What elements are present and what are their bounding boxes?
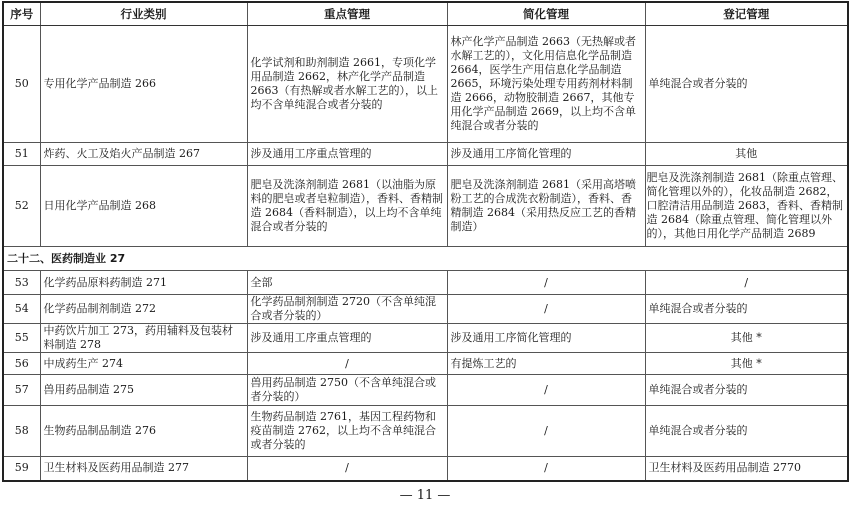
table-row: 59 卫生材料及医药用品制造 277 / / 卫生材料及医药用品制造 2770 bbox=[3, 457, 848, 481]
table-row: 53 化学药品原料药制造 271 全部 / / bbox=[3, 271, 848, 295]
row-category: 化学药品原料药制造 271 bbox=[40, 271, 247, 295]
row-simplified: 有提炼工艺的 bbox=[447, 353, 645, 375]
row-simplified: / bbox=[447, 457, 645, 481]
table-row: 58 生物药品制品制造 276 生物药品制造 2761，基因工程药物和疫苗制造 … bbox=[3, 406, 848, 457]
row-no: 52 bbox=[3, 166, 40, 247]
row-key: 兽用药品制造 2750（不含单纯混合或者分装的） bbox=[247, 375, 447, 406]
row-simplified: / bbox=[447, 406, 645, 457]
row-no: 53 bbox=[3, 271, 40, 295]
section-row: 二十二、医药制造业 27 bbox=[3, 247, 848, 271]
row-registration: 单纯混合或者分装的 bbox=[645, 375, 848, 406]
page-number: — 11 — bbox=[0, 488, 850, 503]
row-registration: 单纯混合或者分装的 bbox=[645, 295, 848, 324]
row-category: 中药饮片加工 273，药用辅料及包装材料制造 278 bbox=[40, 324, 247, 353]
row-simplified: / bbox=[447, 375, 645, 406]
row-key: 肥皂及洗涤剂制造 2681（以油脂为原料的肥皂或者皂粒制造），香料、香精制造 2… bbox=[247, 166, 447, 247]
row-registration: / bbox=[645, 271, 848, 295]
row-simplified: 涉及通用工序简化管理的 bbox=[447, 324, 645, 353]
row-category: 中成药生产 274 bbox=[40, 353, 247, 375]
header-category: 行业类别 bbox=[40, 2, 247, 26]
row-key: 涉及通用工序重点管理的 bbox=[247, 324, 447, 353]
header-registration-management: 登记管理 bbox=[645, 2, 848, 26]
section-title: 二十二、医药制造业 27 bbox=[3, 247, 848, 271]
row-key: 全部 bbox=[247, 271, 447, 295]
row-registration: 其他 * bbox=[645, 353, 848, 375]
row-no: 59 bbox=[3, 457, 40, 481]
row-category: 专用化学产品制造 266 bbox=[40, 26, 247, 143]
table-header-row: 序号 行业类别 重点管理 简化管理 登记管理 bbox=[3, 2, 848, 26]
row-no: 51 bbox=[3, 143, 40, 166]
header-simplified-management: 简化管理 bbox=[447, 2, 645, 26]
table-row: 54 化学药品制剂制造 272 化学药品制剂制造 2720（不含单纯混合或者分装… bbox=[3, 295, 848, 324]
table-row: 52 日用化学产品制造 268 肥皂及洗涤剂制造 2681（以油脂为原料的肥皂或… bbox=[3, 166, 848, 247]
header-key-management: 重点管理 bbox=[247, 2, 447, 26]
row-key: 化学药品制剂制造 2720（不含单纯混合或者分装的） bbox=[247, 295, 447, 324]
row-no: 50 bbox=[3, 26, 40, 143]
row-key: 化学试剂和助剂制造 2661，专项化学用品制造 2662，林产化学产品制造 26… bbox=[247, 26, 447, 143]
row-simplified: / bbox=[447, 295, 645, 324]
row-registration: 卫生材料及医药用品制造 2770 bbox=[645, 457, 848, 481]
row-no: 57 bbox=[3, 375, 40, 406]
row-registration: 其他 * bbox=[645, 324, 848, 353]
row-key: 生物药品制造 2761，基因工程药物和疫苗制造 2762，以上均不含单纯混合或者… bbox=[247, 406, 447, 457]
row-registration: 单纯混合或者分装的 bbox=[645, 26, 848, 143]
table-row: 50 专用化学产品制造 266 化学试剂和助剂制造 2661，专项化学用品制造 … bbox=[3, 26, 848, 143]
industry-management-table: 序号 行业类别 重点管理 简化管理 登记管理 50 专用化学产品制造 266 化… bbox=[2, 1, 849, 482]
row-no: 55 bbox=[3, 324, 40, 353]
row-category: 日用化学产品制造 268 bbox=[40, 166, 247, 247]
row-no: 58 bbox=[3, 406, 40, 457]
row-simplified: 涉及通用工序简化管理的 bbox=[447, 143, 645, 166]
row-category: 化学药品制剂制造 272 bbox=[40, 295, 247, 324]
table-row: 56 中成药生产 274 / 有提炼工艺的 其他 * bbox=[3, 353, 848, 375]
row-category: 生物药品制品制造 276 bbox=[40, 406, 247, 457]
header-no: 序号 bbox=[3, 2, 40, 26]
table-row: 55 中药饮片加工 273，药用辅料及包装材料制造 278 涉及通用工序重点管理… bbox=[3, 324, 848, 353]
row-key: / bbox=[247, 353, 447, 375]
row-key: 涉及通用工序重点管理的 bbox=[247, 143, 447, 166]
row-registration: 肥皂及洗涤剂制造 2681（除重点管理、简化管理以外的），化妆品制造 2682，… bbox=[645, 166, 848, 247]
row-category: 炸药、火工及焰火产品制造 267 bbox=[40, 143, 247, 166]
row-simplified: 肥皂及洗涤剂制造 2681（采用高塔喷粉工艺的合成洗衣粉制造），香料、香精制造 … bbox=[447, 166, 645, 247]
row-no: 56 bbox=[3, 353, 40, 375]
table-row: 57 兽用药品制造 275 兽用药品制造 2750（不含单纯混合或者分装的） /… bbox=[3, 375, 848, 406]
row-simplified: / bbox=[447, 271, 645, 295]
row-registration: 其他 bbox=[645, 143, 848, 166]
table-row: 51 炸药、火工及焰火产品制造 267 涉及通用工序重点管理的 涉及通用工序简化… bbox=[3, 143, 848, 166]
row-no: 54 bbox=[3, 295, 40, 324]
row-simplified: 林产化学产品制造 2663（无热解或者水解工艺的），文化用信息化学品制造 266… bbox=[447, 26, 645, 143]
row-key: / bbox=[247, 457, 447, 481]
row-category: 兽用药品制造 275 bbox=[40, 375, 247, 406]
row-registration: 单纯混合或者分装的 bbox=[645, 406, 848, 457]
row-category: 卫生材料及医药用品制造 277 bbox=[40, 457, 247, 481]
